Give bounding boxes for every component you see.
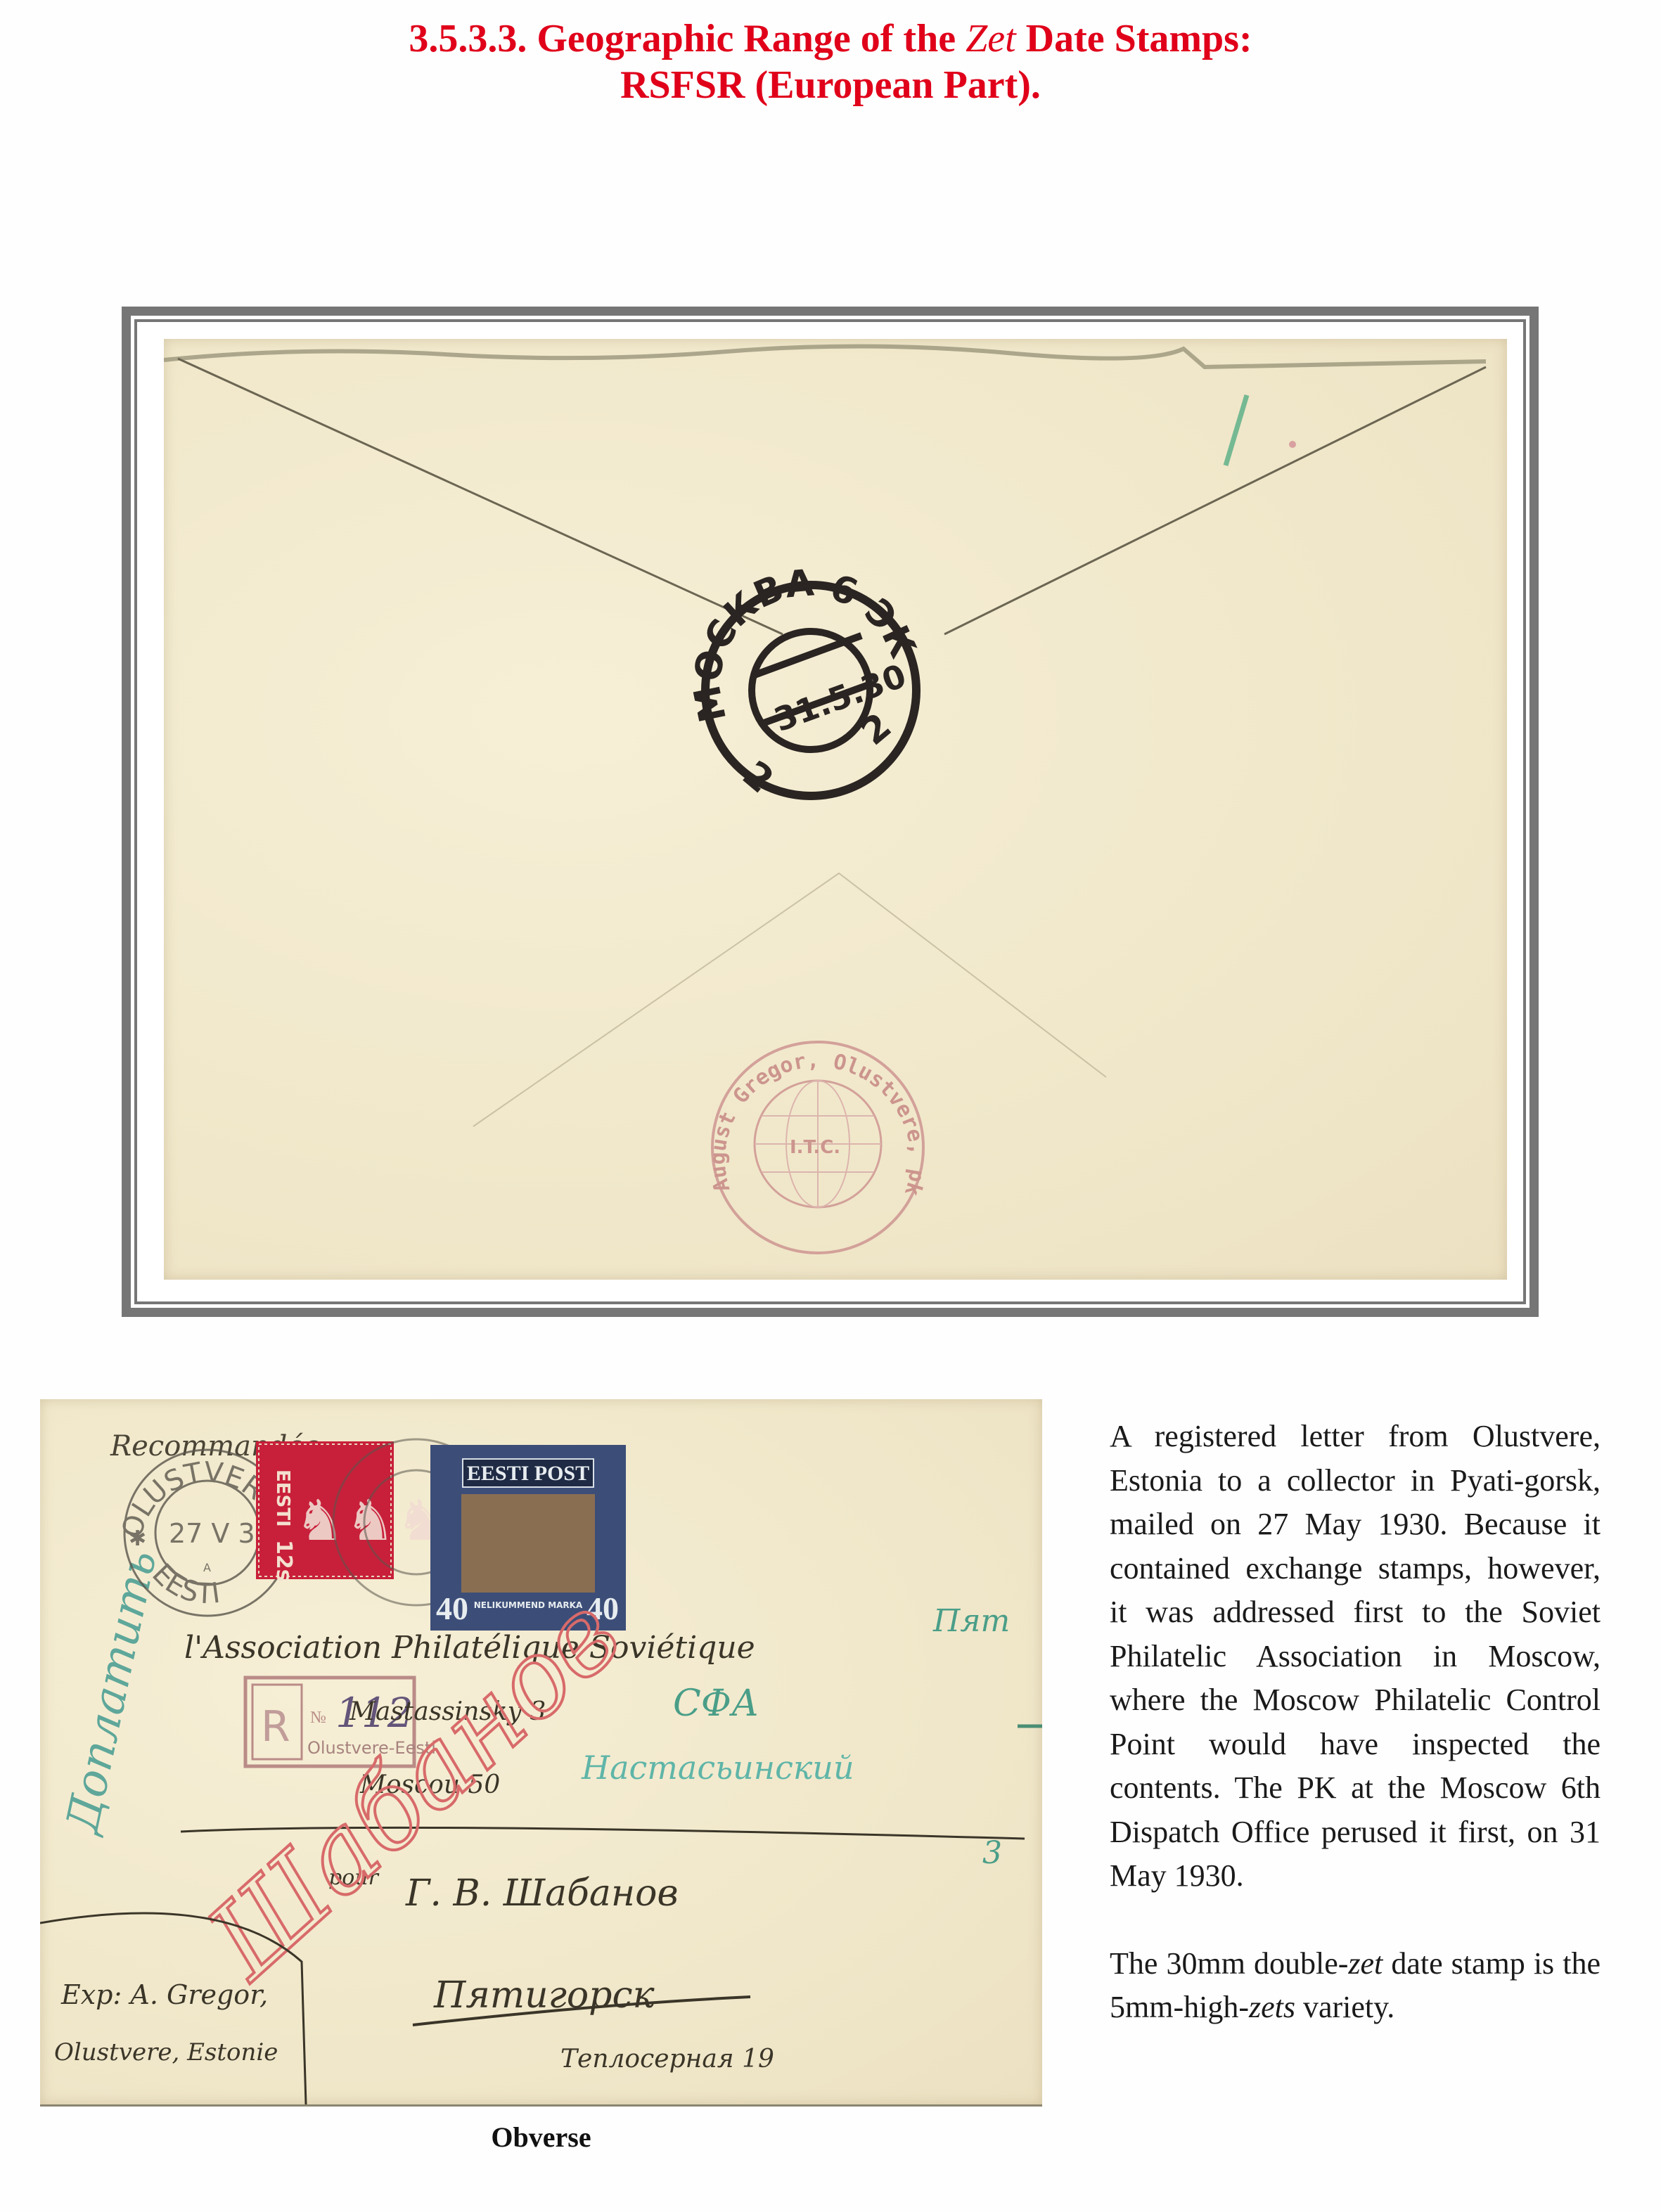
svg-text:2: 2 [735, 753, 781, 802]
title-zet-italic: Zet [966, 17, 1016, 60]
reverse-frame-inner: МОСКВА 6 ЭКСП 31.5.30 2 2 August Gregor,… [134, 319, 1526, 1304]
description-paragraph-1: A registered letter from Olustvere, Esto… [1110, 1415, 1601, 1898]
pencil-mark [1226, 395, 1247, 465]
svg-text:Доплатить: Доплатить [56, 1546, 167, 1840]
svg-text:I.T.C.: I.T.C. [790, 1137, 840, 1158]
svg-text:EESTI POST: EESTI POST [467, 1462, 589, 1485]
svg-text:R: R [261, 1702, 290, 1751]
svg-text:СФА: СФА [673, 1683, 759, 1725]
svg-text:Г. В. Шабанов: Г. В. Шабанов [405, 1872, 679, 1915]
description-paragraph-2: The 30mm double-zet date stamp is the 5m… [1110, 1942, 1601, 2030]
description-text: A registered letter from Olustvere, Esto… [1110, 1415, 1601, 2030]
svg-text:EESTI: EESTI [272, 1470, 293, 1527]
page-title: 3.5.3.3. Geographic Range of the Zet Dat… [0, 15, 1661, 108]
sender-line-2: Olustvere, Estonie [54, 2038, 278, 2066]
sender-line-1: Exp: A. Gregor, [60, 1979, 268, 2010]
reverse-frame: МОСКВА 6 ЭКСП 31.5.30 2 2 August Gregor,… [122, 307, 1539, 1317]
obverse-caption: Obverse [40, 2121, 1042, 2154]
envelope-reverse-art: МОСКВА 6 ЭКСП 31.5.30 2 2 August Gregor,… [164, 339, 1507, 1280]
svg-text:40: 40 [436, 1590, 468, 1626]
svg-text:Настасьинский: Настасьинский [581, 1749, 854, 1787]
envelope-reverse: МОСКВА 6 ЭКСП 31.5.30 2 2 August Gregor,… [164, 339, 1507, 1280]
svg-text:3: 3 [982, 1835, 1002, 1871]
title-line-2: RSFSR (European Part). [0, 62, 1661, 108]
svg-text:A: A [203, 1561, 211, 1574]
svg-text:12s: 12s [271, 1540, 296, 1582]
svg-text:№: № [310, 1709, 326, 1727]
svg-text:Пят: Пят [932, 1603, 1010, 1639]
svg-text:Теплосерная 19: Теплосерная 19 [560, 2045, 774, 2073]
stamp-eesti-12s: EESTI 12s ♞♞♞ [256, 1441, 446, 1582]
title-line-1: 3.5.3.3. Geographic Range of the Zet Dat… [0, 15, 1661, 62]
envelope-obverse-art: Recommandée Доплатить OLUSTVERE EESTI 27… [40, 1399, 1042, 2104]
moscow-postmark: МОСКВА 6 ЭКСП 31.5.30 2 2 [686, 562, 924, 802]
svg-text:✱: ✱ [129, 1527, 146, 1550]
gregor-cachet: August Gregor, Olustvere, pk. 3. (Estlan… [706, 1042, 930, 1253]
svg-text:2: 2 [853, 705, 899, 754]
envelope-obverse: Recommandée Доплатить OLUSTVERE EESTI 27… [40, 1399, 1042, 2107]
